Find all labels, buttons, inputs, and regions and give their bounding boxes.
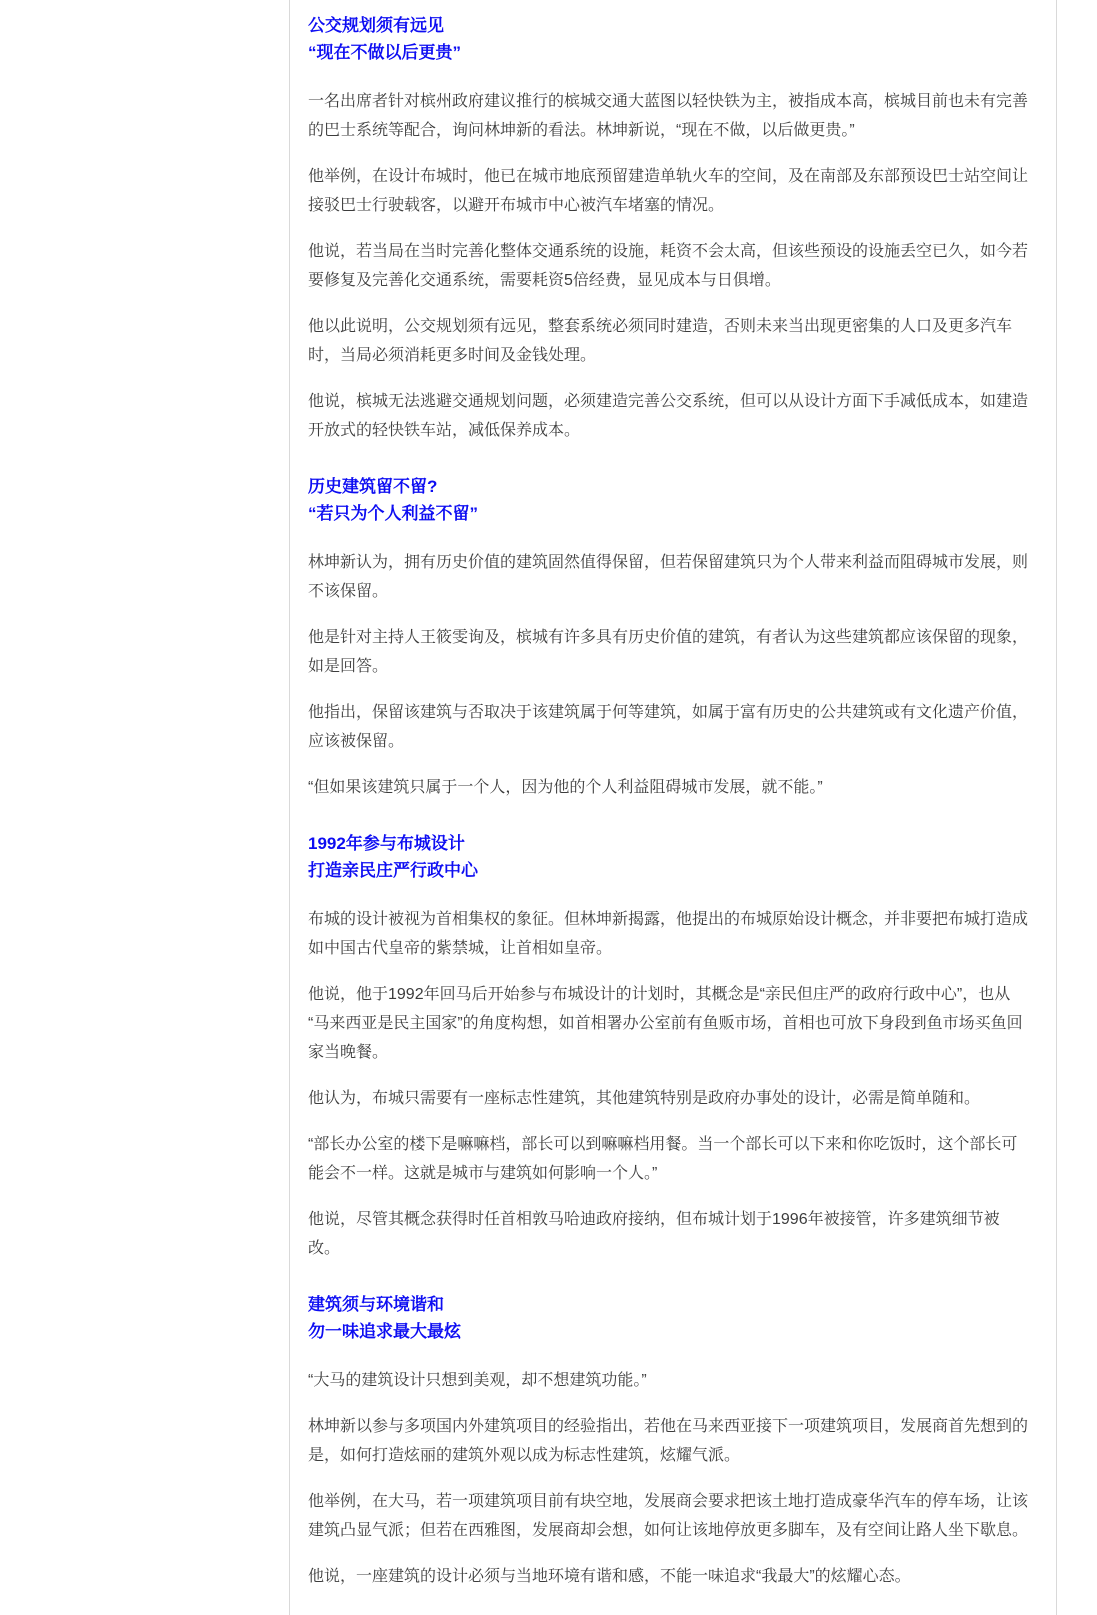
section-heading: 1992年参与布城设计 打造亲民庄严行政中心 xyxy=(308,830,1030,884)
heading-line: 公交规划须有远见 xyxy=(308,12,1030,39)
article-section-heritage-buildings: 历史建筑留不留? “若只为个人利益不留” 林坤新认为，拥有历史价值的建筑固然值得… xyxy=(308,473,1030,802)
article-paragraph: “部长办公室的楼下是嘛嘛档，部长可以到嘛嘛档用餐。当一个部长可以下来和你吃饭时，… xyxy=(308,1130,1030,1188)
section-heading: 建筑须与环境谐和 勿一味追求最大最炫 xyxy=(308,1291,1030,1345)
article-paragraph: 他说，一座建筑的设计必须与当地环境有谐和感，不能一味追求“我最大”的炫耀心态。 xyxy=(308,1562,1030,1591)
heading-line: 建筑须与环境谐和 xyxy=(308,1291,1030,1318)
heading-line: “若只为个人利益不留” xyxy=(308,500,1030,527)
article-paragraph: 他指出，保留该建筑与否取决于该建筑属于何等建筑，如属于富有历史的公共建筑或有文化… xyxy=(308,698,1030,756)
article-paragraph: “但如果该建筑只属于一个人，因为他的个人利益阻碍城市发展，就不能。” xyxy=(308,773,1030,802)
section-heading: 历史建筑留不留? “若只为个人利益不留” xyxy=(308,473,1030,527)
article-paragraph: 他以此说明，公交规划须有远见，整套系统必须同时建造，否则未来当出现更密集的人口及… xyxy=(308,312,1030,370)
article-column: 公交规划须有远见 “现在不做以后更贵” 一名出席者针对槟州政府建议推行的槟城交通… xyxy=(289,0,1057,1615)
article-paragraph: 他说，他于1992年回马后开始参与布城设计的计划时，其概念是“亲民但庄严的政府行… xyxy=(308,980,1030,1067)
article-paragraph: 林坤新认为，拥有历史价值的建筑固然值得保留，但若保留建筑只为个人带来利益而阻碍城… xyxy=(308,548,1030,606)
heading-line: 打造亲民庄严行政中心 xyxy=(308,857,1030,884)
article-paragraph: 他举例，在大马，若一项建筑项目前有块空地，发展商会要求把该土地打造成豪华汽车的停… xyxy=(308,1487,1030,1545)
article-paragraph: 他说，槟城无法逃避交通规划问题，必须建造完善公交系统，但可以从设计方面下手减低成… xyxy=(308,387,1030,445)
article-paragraph: 一名出席者针对槟州政府建议推行的槟城交通大蓝图以轻快铁为主，被指成本高，槟城目前… xyxy=(308,87,1030,145)
article-paragraph: 他是针对主持人王筱雯询及，槟城有许多具有历史价值的建筑，有者认为这些建筑都应该保… xyxy=(308,623,1030,681)
article-paragraph: 他说，尽管其概念获得时任首相敦马哈迪政府接纳，但布城计划于1996年被接管，许多… xyxy=(308,1205,1030,1263)
article-paragraph: 他说，若当局在当时完善化整体交通系统的设施，耗资不会太高，但该些预设的设施丢空已… xyxy=(308,237,1030,295)
article-paragraph: 他认为，布城只需要有一座标志性建筑，其他建筑特别是政府办事处的设计，必需是简单随… xyxy=(308,1084,1030,1113)
article-paragraph: 他举例，在设计布城时，他已在城市地底预留建造单轨火车的空间，及在南部及东部预设巴… xyxy=(308,162,1030,220)
article-page: 公交规划须有远见 “现在不做以后更贵” 一名出席者针对槟州政府建议推行的槟城交通… xyxy=(0,0,1097,1615)
heading-line: 历史建筑留不留? xyxy=(308,473,1030,500)
article-section-putrajaya-design: 1992年参与布城设计 打造亲民庄严行政中心 布城的设计被视为首相集权的象征。但… xyxy=(308,830,1030,1263)
article-section-transit-planning: 公交规划须有远见 “现在不做以后更贵” 一名出席者针对槟州政府建议推行的槟城交通… xyxy=(308,12,1030,445)
article-paragraph: 林坤新以参与多项国内外建筑项目的经验指出，若他在马来西亚接下一项建筑项目，发展商… xyxy=(308,1412,1030,1470)
heading-line: 1992年参与布城设计 xyxy=(308,830,1030,857)
article-paragraph: “大马的建筑设计只想到美观，却不想建筑功能。” xyxy=(308,1366,1030,1395)
heading-line: “现在不做以后更贵” xyxy=(308,39,1030,66)
section-heading: 公交规划须有远见 “现在不做以后更贵” xyxy=(308,12,1030,66)
article-section-harmony-with-environment: 建筑须与环境谐和 勿一味追求最大最炫 “大马的建筑设计只想到美观，却不想建筑功能… xyxy=(308,1291,1030,1591)
article-paragraph: 布城的设计被视为首相集权的象征。但林坤新揭露，他提出的布城原始设计概念，并非要把… xyxy=(308,905,1030,963)
heading-line: 勿一味追求最大最炫 xyxy=(308,1318,1030,1345)
